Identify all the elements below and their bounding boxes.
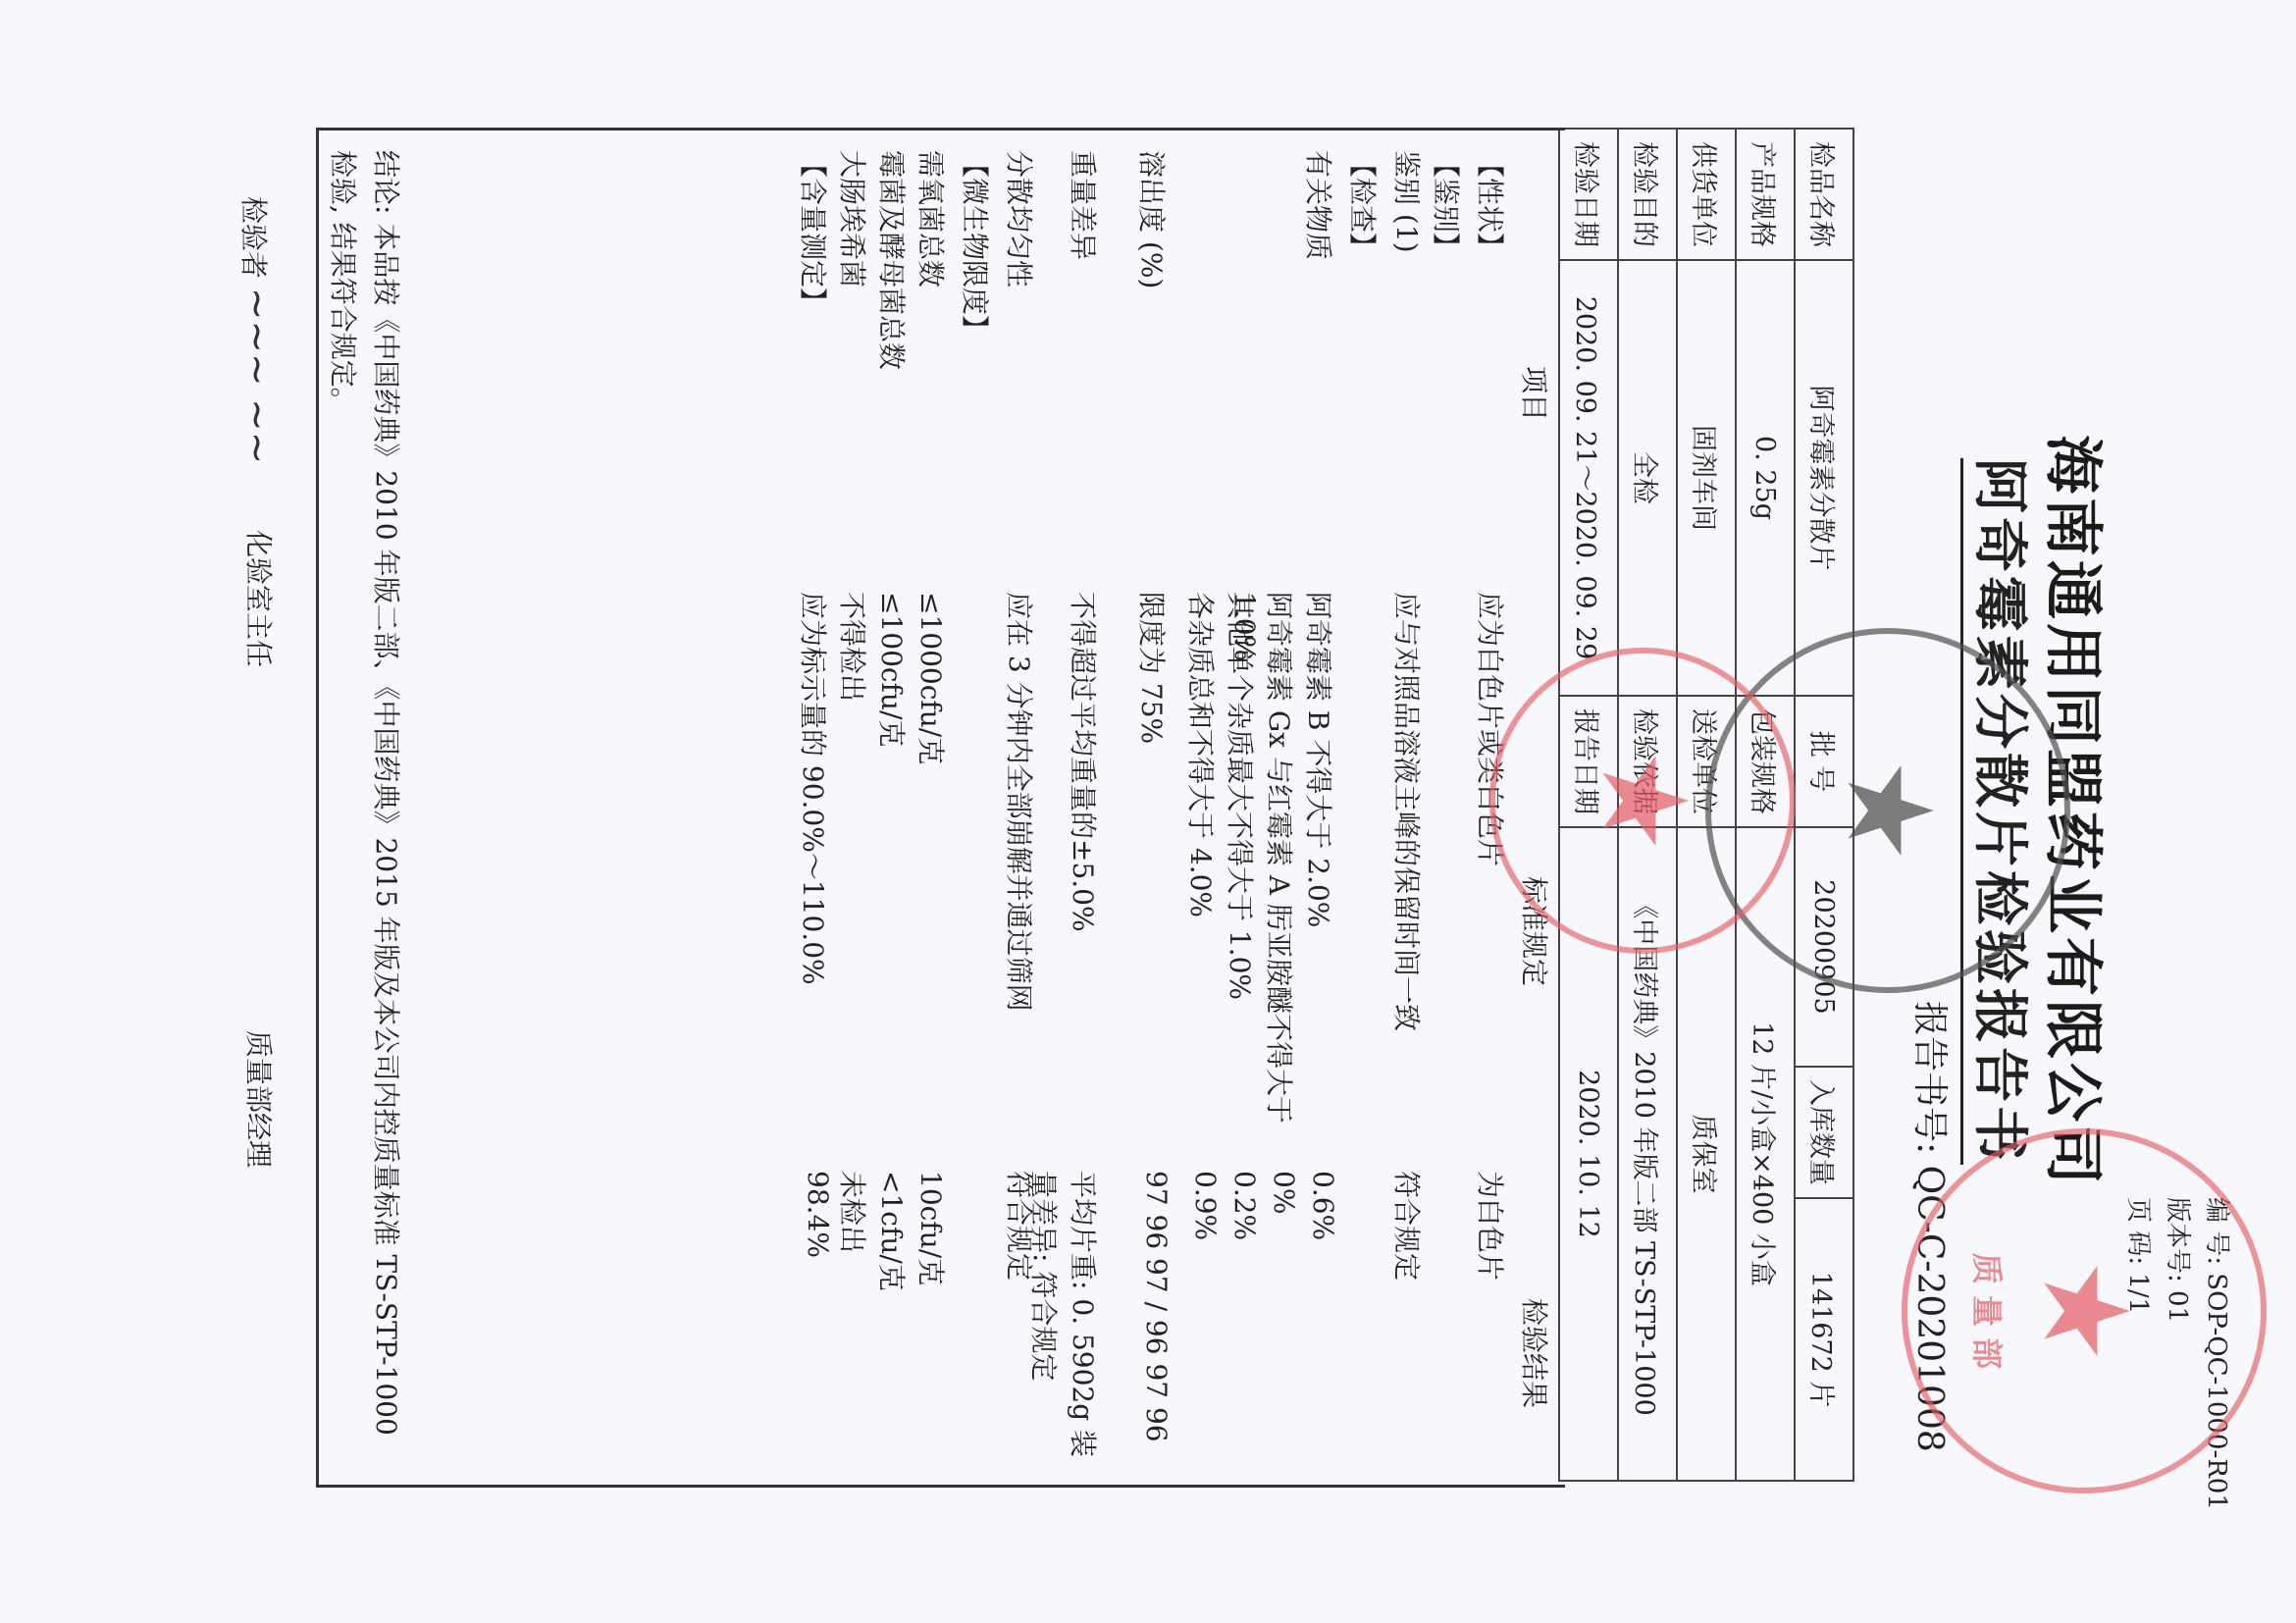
result-standard: 不得检出 [834,592,873,1161]
result-value: 0.2% [1228,1171,1261,1465]
result-item-label: 鉴别 (1) [1388,150,1428,253]
column-header-result: 检验结果 [1516,1298,1555,1408]
column-header-item: 项目 [1516,366,1555,421]
result-item-label: 分散均匀性 [1001,150,1040,288]
report-number-label: 报告书号: [1909,1001,1950,1154]
info-value: 阿奇霉素分散片 [1795,260,1853,696]
seal-star-icon: ★ [2025,1258,2143,1364]
info-label: 检品名称 [1795,129,1853,260]
seal-star-icon: ★ [1584,748,1701,854]
result-value: 0.6% [1307,1171,1339,1465]
info-label: 检验日期 [1559,129,1618,260]
info-label: 入库数量 [1795,1067,1853,1198]
conclusion: 结论: 本品按《中国药典》2010 年版二部、《中国药典》2015 年版及本公司… [321,150,407,1465]
result-item-label: 【性状】 [1472,150,1511,260]
result-item-label: 【鉴别】 [1428,150,1467,260]
result-item-label: 重量差异 [1065,150,1104,260]
result-value: 97 96 97 / 96 97 96 [1140,1171,1173,1465]
info-value: 2020. 09. 21～2020. 09. 29 [1559,260,1618,696]
result-value: 0.9% [1189,1171,1222,1465]
result-standard: 应为标示量的 90.0%～110.0% [795,592,834,1161]
result-value: 为白色片 [1472,1171,1511,1465]
result-value: 符合规定 [1001,1171,1040,1465]
qa-manager-signature: 质量部经理 [240,1030,280,1168]
inspector-handwriting: ~~~ ~~ [235,288,280,464]
result-standard: ≤100cfu/克 [873,592,913,1161]
result-item-label: 霉菌及酵母菌总数 [873,150,913,370]
info-value: 141672 片 [1795,1198,1853,1481]
result-standard: 其他单个杂质最大不得大于 1.0% [1222,592,1261,1161]
result-standard: 应为白色片或类白色片 [1472,592,1511,1161]
qa-office-seal-red: ★ [1489,648,1796,954]
results-section: 项目 标准规定 检验结果 【性状】应为白色片或类白色片为白色片【鉴别】鉴别 (1… [316,128,1565,1488]
lab-director-signature: 化验室主任 [240,530,280,667]
result-item-label: 【检查】 [1344,150,1383,260]
quality-dept-seal-red: ★ 质 量 部 [1902,1128,2267,1493]
info-value: 0. 25g [1736,260,1795,696]
result-item-label: 【含量测定】 [795,150,834,315]
seal-star-icon: ★ [1829,758,1947,864]
result-standard: 各杂质总和不得大于 4.0% [1182,592,1222,1161]
result-item-label: 需氧菌总数 [913,150,952,288]
result-item-label: 有关物质 [1300,150,1339,260]
result-value: 未检出 [834,1171,873,1465]
info-value: 全检 [1618,260,1677,696]
result-value: 10cfu/克 [913,1171,952,1465]
info-label: 检验目的 [1618,129,1677,260]
seal-text: 质 量 部 [1966,1253,2011,1369]
inspector-label: 检验者 [237,196,270,279]
result-standard: 不得超过平均重量的±5.0% [1065,592,1104,1161]
inspector-signature: 检验者 ~~~ ~~ [235,196,280,464]
result-value: 98.4% [802,1171,834,1465]
result-value: 符合规定 [1388,1171,1428,1465]
result-item-label: 溶出度 (%) [1133,150,1173,288]
inspection-report-page: 编 号: SOP-QC-1000-R01 版本号: 01 页 码: 1/1 海南… [0,0,2296,1623]
result-standard: 阿奇霉素 B 不得大于 2.0% [1300,592,1339,1161]
result-standard: ≤1000cfu/克 [913,592,952,1161]
result-value: <1cfu/克 [873,1171,913,1465]
info-label: 产品规格 [1736,129,1795,260]
result-value: 0% [1268,1171,1300,1465]
info-label: 供货单位 [1677,129,1736,260]
lab-director-label: 化验室主任 [242,530,275,667]
result-item-label: 大肠埃希菌 [834,150,873,288]
result-standard: 限度为 75% [1133,592,1173,1161]
qa-manager-label: 质量部经理 [242,1030,275,1168]
result-standard: 应在 3 分钟内全部崩解并通过筛网 [1001,592,1040,1161]
result-standard: 应与对照品溶液主峰的保留时间一致 [1388,592,1428,1161]
result-item-label: 【微生物限度】 [957,150,996,342]
info-value: 固剂车间 [1677,260,1736,696]
